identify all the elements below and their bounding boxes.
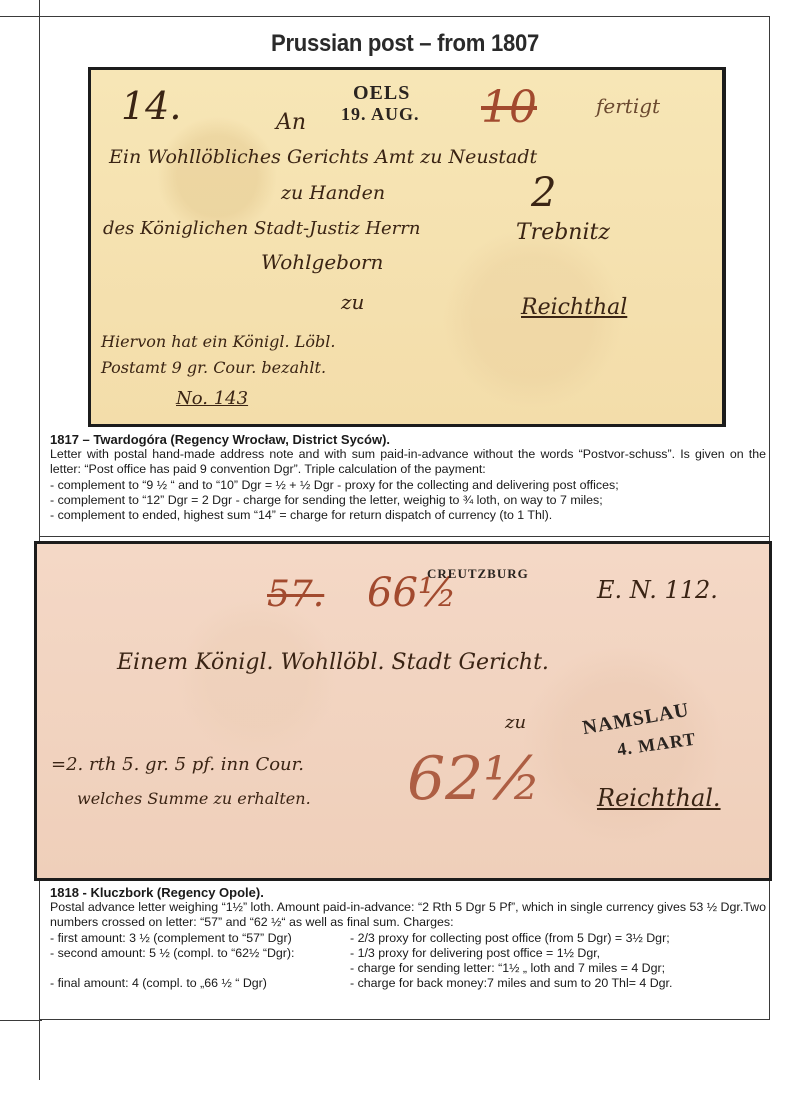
- address-line-1: Einem Königl. Wohllöbl. Stadt Gericht.: [117, 650, 549, 675]
- note-line-2: welches Summe zu erhalten.: [77, 789, 311, 808]
- rate-mark-14: 14.: [121, 84, 181, 128]
- note-line-1: =2. rth 5. gr. 5 pf. inn Cour.: [51, 754, 304, 775]
- rate-mark-10-crossed: 10: [481, 82, 537, 133]
- rate-mark-2: 2: [531, 170, 556, 216]
- address-reichthal: Reichthal.: [597, 784, 721, 812]
- caption-1818-charges: - first amount: 3 ½ (complement to “57” …: [50, 931, 766, 992]
- page-margin-tick-bottom: [0, 1020, 42, 1021]
- letter-1818-image: 57. 66½ CREUTZBURG E. N. 112. Einem Köni…: [34, 541, 772, 881]
- caption-1817-bullet: - complement to ended, highest sum “14” …: [50, 508, 766, 523]
- caption-1817-heading: 1817 – Twardogóra (Regency Wrocław, Dist…: [50, 432, 766, 447]
- note-fertigt: fertigt: [596, 94, 660, 118]
- address-line-5: zu: [341, 290, 364, 314]
- address-reichthal: Reichthal: [521, 295, 627, 320]
- postmark-creutzburg: CREUTZBURG: [427, 566, 529, 582]
- charge-right: - charge for back money:7 miles and sum …: [350, 976, 766, 991]
- caption-1818: 1818 - Kluczbork (Regency Opole). Postal…: [50, 885, 766, 991]
- page-title: Prussian post – from 1807: [69, 30, 741, 58]
- address-line-1: Ein Wohllöbliches Gerichts Amt zu Neusta…: [109, 146, 537, 168]
- page-margin-tick-top: [0, 16, 42, 17]
- address-line-2: zu Handen: [281, 182, 385, 204]
- postmark-namslau-date: 4. MART: [616, 729, 698, 761]
- letter-1817-image: 14. An OELS 19. AUG. 10 fertigt Ein Wohl…: [88, 67, 726, 427]
- ref-number: E. N. 112.: [597, 576, 718, 604]
- caption-1818-heading: 1818 - Kluczbork (Regency Opole).: [50, 885, 766, 900]
- charge-right: - 1/3 proxy for delivering post office =…: [350, 946, 766, 961]
- charge-left: - final amount: 4 (compl. to „66 ½ “ Dgr…: [50, 976, 350, 991]
- caption-1817: 1817 – Twardogóra (Regency Wrocław, Dist…: [50, 432, 766, 523]
- caption-1817-paragraph: Letter with postal hand-made address not…: [50, 447, 766, 477]
- address-line-4: Wohlgeborn: [261, 250, 383, 274]
- footer-note-2: Postamt 9 gr. Cour. bezahlt.: [101, 358, 326, 377]
- caption-1818-paragraph: Postal advance letter weighing “1½” loth…: [50, 900, 766, 930]
- address-trebnitz: Trebnitz: [516, 220, 610, 245]
- rate-mark-62-half: 62½: [407, 744, 542, 814]
- address-zu: zu: [505, 712, 526, 733]
- charge-left: [50, 961, 350, 976]
- footer-note-1: Hiervon hat ein Königl. Löbl.: [101, 332, 335, 351]
- postmark-oels-date: 19. AUG.: [341, 104, 420, 125]
- charge-left: - second amount: 5 ½ (compl. to “62½ “Dg…: [50, 946, 350, 961]
- address-an: An: [276, 110, 306, 135]
- charge-right: - 2/3 proxy for collecting post office (…: [350, 931, 766, 946]
- caption-1817-bullet: - complement to “12” Dgr = 2 Dgr - charg…: [50, 493, 766, 508]
- charge-left: - first amount: 3 ½ (complement to “57” …: [50, 931, 350, 946]
- charge-right: - charge for sending letter: “1½ „ loth …: [350, 961, 766, 976]
- section-divider: [40, 536, 770, 537]
- postmark-oels: OELS: [353, 82, 410, 105]
- footer-number: No. 143: [176, 388, 248, 409]
- caption-1817-bullet: - complement to “9 ½ “ and to “10” Dgr =…: [50, 478, 766, 493]
- address-line-3: des Königlichen Stadt-Justiz Herrn: [103, 218, 421, 239]
- rate-mark-57-crossed: 57.: [267, 574, 324, 615]
